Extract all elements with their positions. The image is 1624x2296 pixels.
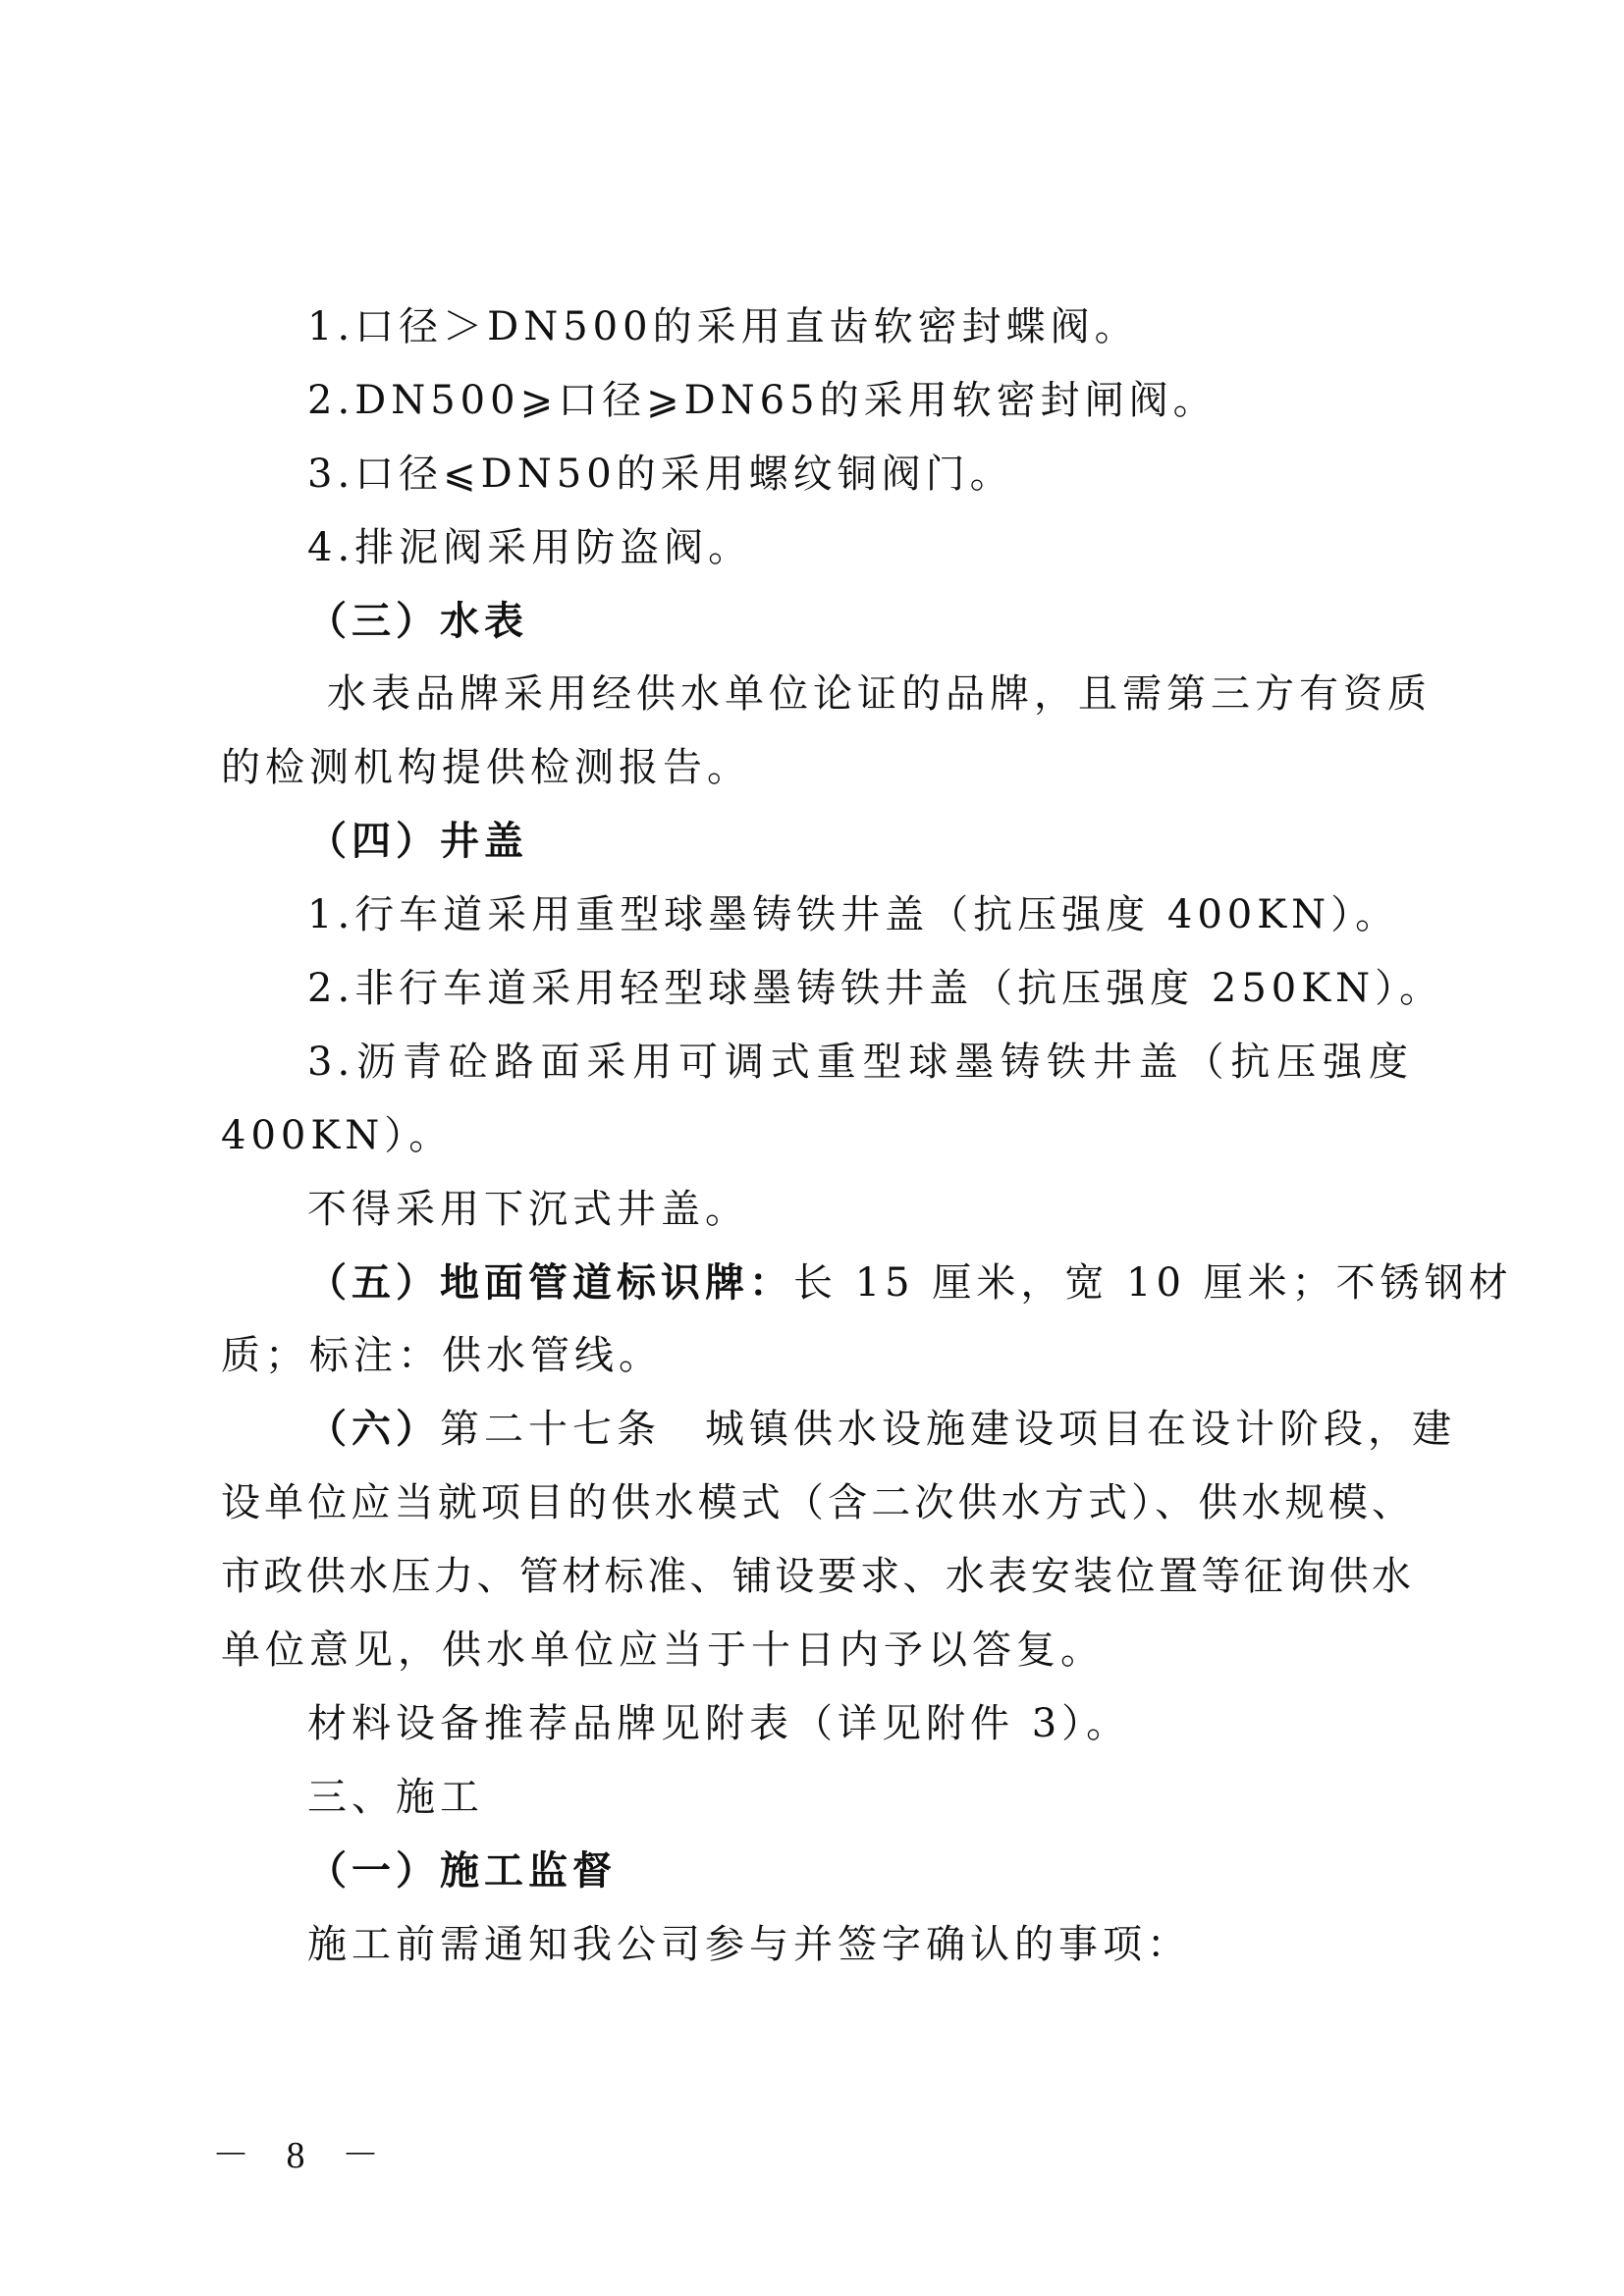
water-meter-paragraph-line-2: 的检测机构提供检测报告。: [221, 731, 1413, 805]
valve-item-4: 4.排泥阀采用防盗阀。: [221, 511, 1413, 585]
manhole-note: 不得采用下沉式井盖。: [221, 1173, 1413, 1247]
page-number: － 8 －: [212, 2136, 393, 2175]
manhole-item-1: 1.行车道采用重型球墨铸铁井盖（抗压强度 400KN）。: [221, 879, 1413, 952]
valve-item-3: 3.口径⩽DN50的采用螺纹铜阀门。: [221, 438, 1413, 511]
article-line-3: 市政供水压力、管材标准、铺设要求、水表安装位置等征询供水: [221, 1540, 1413, 1614]
section-heading-marker-plate: （五）地面管道标识牌：: [307, 1247, 793, 1320]
article-line-2: 设单位应当就项目的供水模式（含二次供水方式）、供水规模、: [221, 1467, 1413, 1540]
manhole-item-3: 3.沥青砼路面采用可调式重型球墨铸铁井盖（抗压强度: [221, 1026, 1413, 1099]
document-page: 1.口径＞DN500的采用直齿软密封蝶阀。 2.DN500⩾口径⩾DN65的采用…: [221, 291, 1413, 1981]
section-heading-article: （六）: [307, 1393, 440, 1467]
marker-plate-spec: 长 15 厘米，宽 10 厘米；不锈钢材: [793, 1247, 1513, 1320]
supervision-intro: 施工前需通知我公司参与并签字确认的事项：: [221, 1908, 1413, 1982]
article-line-4: 单位意见，供水单位应当于十日内予以答复。: [221, 1614, 1413, 1687]
valve-item-2: 2.DN500⩾口径⩾DN65的采用软密封闸阀。: [221, 364, 1413, 438]
attachment-note: 材料设备推荐品牌见附表（详见附件 3）。: [221, 1687, 1413, 1761]
section-heading-manhole-cover: （四）井盖: [221, 805, 1413, 879]
water-meter-paragraph-line-1: 水表品牌采用经供水单位论证的品牌，且需第三方有资质: [221, 658, 1413, 731]
marker-plate-line-1: （五）地面管道标识牌： 长 15 厘米，宽 10 厘米；不锈钢材: [221, 1247, 1413, 1320]
valve-item-1: 1.口径＞DN500的采用直齿软密封蝶阀。: [221, 291, 1413, 364]
manhole-item-2: 2.非行车道采用轻型球墨铸铁井盖（抗压强度 250KN）。: [221, 952, 1413, 1026]
section-heading-construction: 三、施工: [221, 1761, 1413, 1835]
section-heading-water-meter: （三）水表: [221, 585, 1413, 659]
manhole-item-3-continued: 400KN）。: [221, 1099, 1413, 1173]
article-line-1: （六） 第二十七条 城镇供水设施建设项目在设计阶段，建: [221, 1393, 1413, 1467]
subsection-heading-supervision: （一）施工监督: [221, 1835, 1413, 1908]
article-text-1: 第二十七条 城镇供水设施建设项目在设计阶段，建: [440, 1393, 1456, 1467]
marker-plate-line-2: 质；标注：供水管线。: [221, 1319, 1413, 1393]
